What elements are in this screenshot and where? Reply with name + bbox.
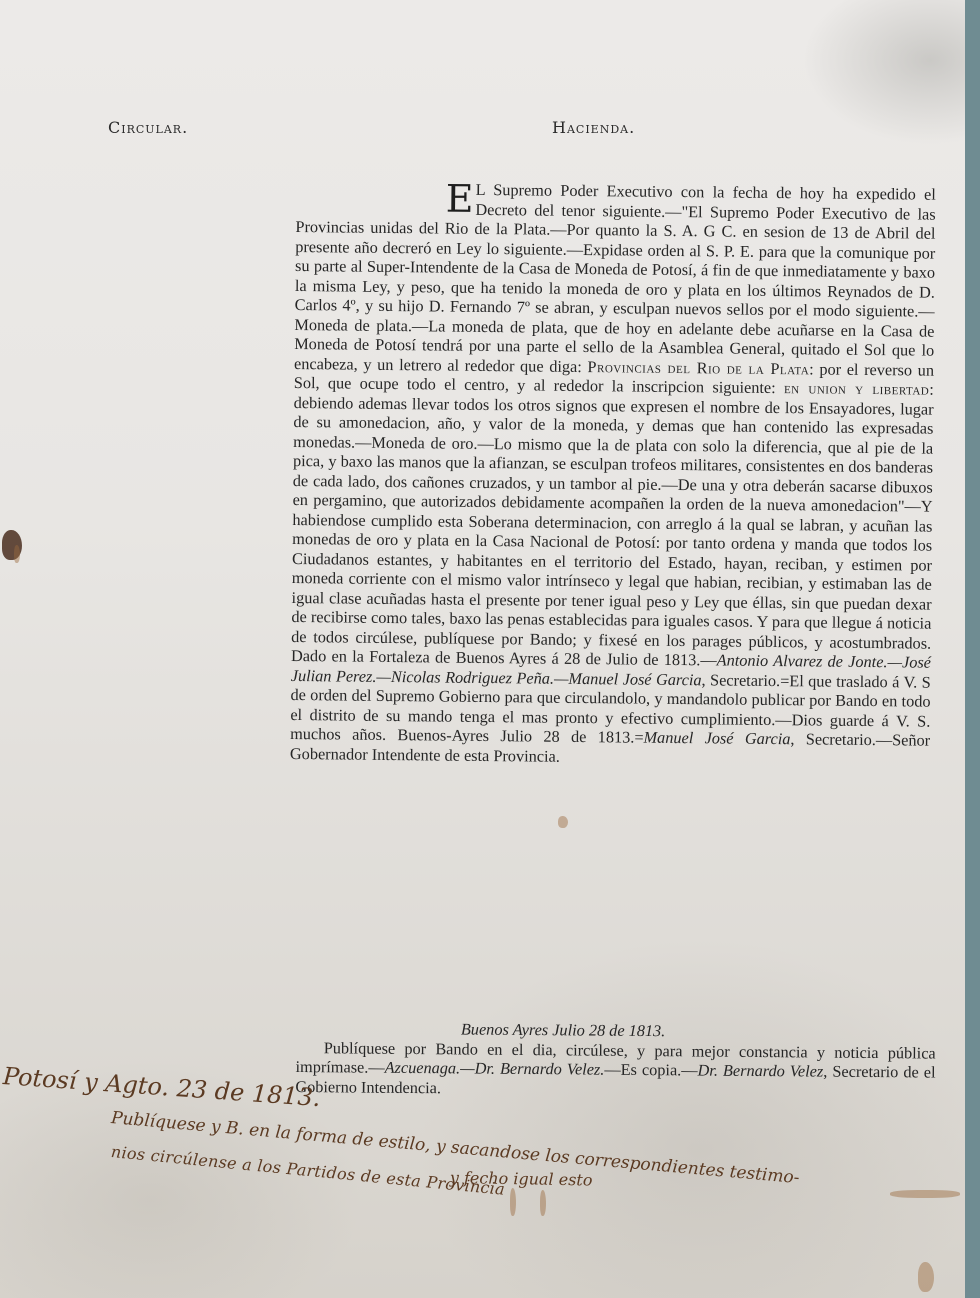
coin-legend-reverse: en union y libertad <box>784 378 929 399</box>
heading-hacienda: Hacienda. <box>552 118 635 137</box>
foxing-stain <box>890 1190 960 1198</box>
manuscript-note-line: y fecho igual esto <box>450 1168 593 1189</box>
foxing-stain <box>14 545 20 563</box>
closing-section: Buenos Ayres Julio 28 de 1813. Publíques… <box>295 1018 936 1102</box>
closing-paragraph: Publíquese por Bando en el dia, circúles… <box>295 1037 935 1101</box>
foxing-stain <box>558 816 568 828</box>
text-segment: —Es copia.— <box>604 1060 697 1080</box>
heading-circular: Circular. <box>108 118 188 137</box>
text-segment: : debiendo ademas llevar todos los otros… <box>291 380 934 670</box>
foxing-stain <box>918 1262 934 1292</box>
drop-cap: E <box>446 182 476 216</box>
decree-paragraph: EL Supremo Poder Executivo con la fecha … <box>290 178 936 770</box>
decree-body: EL Supremo Poder Executivo con la fecha … <box>290 178 936 770</box>
background-edge <box>965 1080 980 1298</box>
coin-legend-obverse: Provincias del Rio de la Plata <box>587 357 809 378</box>
foxing-stain <box>540 1190 546 1216</box>
signatory-secretary: Manuel José Garcia <box>643 728 790 749</box>
signatories: Azcuenaga.—Dr. Bernardo Velez. <box>385 1058 605 1079</box>
document-page: Circular. Hacienda. EL Supremo Poder Exe… <box>0 0 965 1298</box>
signatory-velez: Dr. Bernardo Velez <box>698 1061 824 1081</box>
foxing-stain <box>510 1188 516 1216</box>
manuscript-dateline: Potosí y Agto. 23 de 1813. <box>2 1062 321 1112</box>
text-segment: L Supremo Poder Executivo con la fecha d… <box>294 180 936 376</box>
